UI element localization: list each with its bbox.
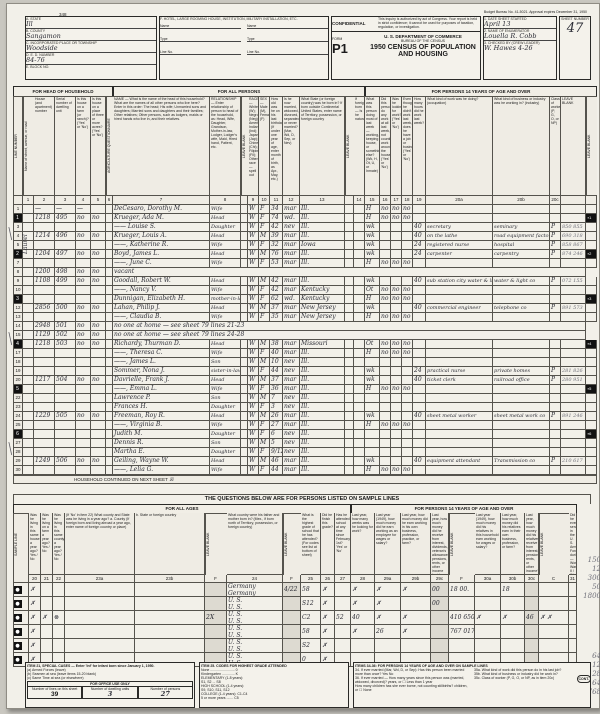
agriculture-cell [106, 286, 113, 295]
sample-pnote [283, 625, 301, 639]
farm-answer: no [76, 232, 91, 241]
edge-cell [586, 232, 597, 241]
sex: F [259, 286, 270, 295]
township-value: Woodside [26, 45, 156, 53]
looking-answer: no [391, 466, 402, 475]
roster-col-header: NAME — What is the name of the head of t… [113, 96, 210, 196]
activity-code: Ot [365, 340, 380, 349]
race: W [248, 394, 259, 403]
sample-wa: ✗ [351, 597, 375, 611]
sample-weeks [335, 625, 351, 639]
sample-col-header: b. State or foreign country [135, 513, 205, 575]
occupation-code: 210 617 [561, 457, 586, 466]
has-job-answer [402, 394, 413, 403]
sample-cc [525, 597, 539, 611]
marital-status: nev [283, 430, 300, 439]
sample-ib [475, 639, 501, 653]
race: W [248, 232, 259, 241]
sample-col-header: Last year, how many weeks was he looking… [351, 513, 375, 575]
edge-cell [586, 403, 597, 412]
birthplace: Ill. [300, 250, 345, 259]
industry: sheet metal work co [493, 412, 550, 421]
person-name: Geiling, Wayne W. [113, 457, 210, 466]
roster-col-number: 4 [76, 196, 91, 205]
roster-col-number: 20a [426, 196, 493, 205]
sample-gm: ✗ [321, 611, 335, 625]
occupation [426, 349, 493, 358]
occupation: commercial engineer [426, 304, 493, 313]
house-number: 1129 [34, 331, 55, 340]
sex: F [259, 205, 270, 214]
sample-ib [475, 625, 501, 639]
house-number: 2948 [34, 322, 55, 331]
street-cell [23, 367, 34, 376]
sample-ib [475, 597, 501, 611]
father-birth-country: U. S. [228, 625, 281, 632]
roster-row: 22Lawrence P.SonWM7nevIll. [13, 394, 597, 403]
roster-col-header: How old was he on his last birthday? (If… [270, 96, 283, 196]
activity-code: wk [365, 457, 380, 466]
leave-blank-cell [241, 385, 248, 394]
roster-col-header: House (and apartment) number [34, 96, 55, 196]
industry: carpentry [493, 250, 550, 259]
occupation-code [561, 394, 586, 403]
sex: F [259, 421, 270, 430]
sample-lb [205, 597, 227, 611]
activity-code: Ot [365, 286, 380, 295]
marital-status: mar [283, 277, 300, 286]
sample-line-stamp: 2 [13, 250, 22, 258]
hours-worked: 40 [413, 304, 426, 313]
agriculture-cell [106, 223, 113, 232]
father-birth-country: U. S. [228, 653, 281, 660]
roster-row: 91108499nonoGoodall, Robert W.HeadWM42ma… [13, 277, 597, 286]
line-number: 28 [13, 448, 23, 457]
serial-number [55, 241, 76, 250]
street-cell [23, 277, 34, 286]
agriculture-cell [106, 439, 113, 448]
has-job-answer [402, 448, 413, 457]
sample-lbinc [431, 625, 449, 639]
class-of-worker [550, 205, 561, 214]
acres-answer [91, 286, 106, 295]
leave-blank-cell [345, 340, 354, 349]
agriculture-cell [106, 277, 113, 286]
looking-answer [391, 376, 402, 385]
sample-group-row: FOR ALL AGESFOR PERSONS 14 YEARS OF AGE … [13, 504, 591, 513]
roster-col-header: Serial number of dwelling unit [55, 96, 76, 196]
edge-cell [586, 286, 597, 295]
sample-ia [449, 639, 475, 653]
line-number: 29 [13, 457, 23, 466]
birthplace: Ill. [300, 376, 345, 385]
marital-status: nev [283, 439, 300, 448]
class-of-worker: P [550, 277, 561, 286]
sample-wc: ✗ [401, 583, 431, 597]
roster-row: 113Dunnigan, Elizabeth H.mother-in-lawWF… [13, 295, 597, 304]
class-of-worker: P [550, 232, 561, 241]
has-job-answer: no [402, 295, 413, 304]
farm-answer [76, 439, 91, 448]
has-job-answer [402, 241, 413, 250]
roster-col-number: 16 [380, 196, 391, 205]
leave-blank-cell [241, 250, 248, 259]
hours-worked [413, 448, 426, 457]
father-birth-country: U. S. [228, 597, 281, 604]
marital-status: mar [283, 241, 300, 250]
house-number: 1217 [34, 376, 55, 385]
mother-birth-country: U. S. [228, 646, 281, 653]
relationship: Son [210, 394, 241, 403]
acres-answer [91, 205, 106, 214]
leave-blank-cell [345, 430, 354, 439]
occupation-code [561, 403, 586, 412]
sample-vet [539, 597, 569, 611]
relationship: Wife [210, 286, 241, 295]
sample-m3 [53, 625, 65, 639]
bureau-name: BUREAU OF THE CENSUS [366, 39, 480, 43]
sample-grade: S2 [301, 639, 321, 653]
sample-col-number: 28 [351, 575, 375, 583]
marital-status: mar [283, 385, 300, 394]
house-number [34, 421, 55, 430]
class-of-worker [550, 385, 561, 394]
birthplace: Kentucky [300, 286, 345, 295]
sample-col-header: Last year, how much money did his relati… [525, 513, 539, 575]
sex: M [259, 304, 270, 313]
marital-status: wd. [283, 214, 300, 223]
question-34: 34. If ever married (Mar, Wd, D, or Sep)… [355, 668, 470, 676]
hours-worked [413, 421, 426, 430]
age: 76 [270, 250, 283, 259]
leave-blank-cell [241, 358, 248, 367]
roster-table: FOR HEAD OF HOUSEHOLDFOR ALL PERSONSFOR … [13, 86, 597, 484]
person-name: ——, Katherine R. [113, 241, 210, 250]
occupation-code [561, 358, 586, 367]
naturalized-cell [354, 241, 365, 250]
roster-col-header: Did this person do any work at all last … [380, 96, 391, 196]
has-job-answer: no [402, 421, 413, 430]
person-name: Sommer, Nona J. [113, 367, 210, 376]
roster-header-row: LINE NUMBERName of street, avenue, or ro… [13, 96, 597, 196]
race: W [248, 205, 259, 214]
house-number: 1218 [34, 340, 55, 349]
hours-worked [413, 205, 426, 214]
house-number [34, 448, 55, 457]
roster-col-header: LEAVE BLANK [586, 96, 597, 196]
line-number: 164 [13, 340, 23, 349]
has-job-answer: no [402, 214, 413, 223]
class-of-worker: P [550, 241, 561, 250]
roster-row: 17——, Theresa C.WifeWF40marIll.Hnonono [13, 349, 597, 358]
sex: M [259, 457, 270, 466]
occupation-code: 891 246 [561, 412, 586, 421]
birthplace: Kentucky [300, 295, 345, 304]
occupation [426, 358, 493, 367]
activity-code: wk [365, 241, 380, 250]
sex: F [259, 385, 270, 394]
race: W [248, 304, 259, 313]
row-note: no one at home — see sheet 79 lines 21-2… [113, 322, 586, 331]
birthplace: Ill. [300, 439, 345, 448]
line-number: 1 [13, 205, 23, 214]
relationship: Son [210, 439, 241, 448]
roster-row: 28Martha E.DaughterWF9/12nevIll. [13, 448, 597, 457]
looking-answer [391, 223, 402, 232]
serial-number [55, 286, 76, 295]
agriculture-cell [106, 241, 113, 250]
sample-row: 1●✗✗⊗2XU. S.U. S.C2✗5240✗✗410 650.✗✗46✗ … [13, 611, 591, 625]
roster-col-number [586, 196, 597, 205]
class-of-worker [550, 313, 561, 322]
type-field-label-1: Type [160, 37, 241, 42]
acres-answer [91, 439, 106, 448]
industry [493, 205, 550, 214]
naturalized-cell [354, 439, 365, 448]
roster-row: 211218495nonoKrueger, Ada M.HeadWF74wd.I… [13, 214, 597, 223]
sample-m3 [53, 639, 65, 653]
sex: F [259, 223, 270, 232]
roster-col-number [561, 196, 586, 205]
acres-answer [91, 349, 106, 358]
date-started-value: April 13 [484, 21, 556, 29]
age: 32 [270, 241, 283, 250]
roster-row: 13——, Claudia B.WifeWF35marNew JerseyHno… [13, 313, 597, 322]
sample-gm: ✗ [321, 583, 335, 597]
sample-edge [569, 639, 577, 653]
looking-answer [391, 358, 402, 367]
looking-answer: no [391, 340, 402, 349]
sample-county [65, 625, 135, 639]
sample-lb: 2X [205, 611, 227, 625]
sample-county [65, 583, 135, 597]
sample-state [135, 611, 205, 625]
activity-code: wk [365, 250, 380, 259]
leave-blank-cell [241, 232, 248, 241]
house-number: 1249 [34, 457, 55, 466]
person-name: Richardy, Thurman D. [113, 340, 210, 349]
sample-cc: 46 [525, 611, 539, 625]
worked-answer [380, 448, 391, 457]
marital-status: mar [283, 232, 300, 241]
house-number [34, 349, 55, 358]
has-job-answer [402, 304, 413, 313]
sample-grade: C2 [301, 611, 321, 625]
serial-number: 506 [55, 457, 76, 466]
sample-col-header: LEAVE BLANK [449, 513, 475, 575]
has-job-answer [402, 457, 413, 466]
industry [493, 421, 550, 430]
serial-number [55, 358, 76, 367]
race: W [248, 421, 259, 430]
street-cell [23, 412, 34, 421]
leave-blank-cell [345, 412, 354, 421]
class-of-worker [550, 349, 561, 358]
worked-answer [380, 412, 391, 421]
sample-lb [205, 639, 227, 653]
looking-answer [391, 250, 402, 259]
house-number [34, 439, 55, 448]
roster-row: 7——, June C.WifeWF53marIll.Hnonono [13, 259, 597, 268]
sample-ib: ✗ [475, 611, 501, 625]
serial-number: 505 [55, 412, 76, 421]
age: 46 [270, 457, 283, 466]
naturalized-cell [354, 304, 365, 313]
special-cases-box: ITEM 21, SPECIAL CASES — Enter 'Inf' for… [25, 662, 195, 708]
birthplace: Ill. [300, 448, 345, 457]
sex: F [259, 430, 270, 439]
leave-blank-cell [241, 277, 248, 286]
sample-col-number: F [283, 575, 301, 583]
leave-blank-cell [345, 385, 354, 394]
activity-code: H [365, 205, 380, 214]
grade-codes-lines: None ......................... 0Kinderga… [201, 668, 347, 700]
leave-blank-cell [345, 295, 354, 304]
has-job-answer: no [402, 466, 413, 475]
leave-blank-cell [241, 457, 248, 466]
has-job-answer [402, 412, 413, 421]
occupation: on the lathe [426, 232, 493, 241]
serial-number [55, 349, 76, 358]
sample-lbinc [431, 611, 449, 625]
age: 44 [270, 367, 283, 376]
institution-title: F. HOTEL, LARGE ROOMING HOUSE, INSTITUTI… [160, 17, 328, 21]
roster-number-row: 1234567891011121314151617181920a20b20c [13, 196, 597, 205]
sample-grade: 58 [301, 583, 321, 597]
serial-number: 500 [55, 304, 76, 313]
occupation [426, 403, 493, 412]
agriculture-cell [106, 448, 113, 457]
looking-answer [391, 241, 402, 250]
house-number: 1229 [34, 412, 55, 421]
race: W [248, 376, 259, 385]
sample-wc [401, 639, 431, 653]
naturalized-cell [354, 412, 365, 421]
sample-parents: U. S.U. S. [227, 611, 283, 625]
serial-number: 495 [55, 214, 76, 223]
sex: M [259, 340, 270, 349]
marital-status: mar [283, 259, 300, 268]
naturalized-cell [354, 466, 365, 475]
birthplace: Ill. [300, 367, 345, 376]
race: W [248, 367, 259, 376]
farm-answer: no [76, 376, 91, 385]
sample-ia [449, 597, 475, 611]
worked-answer [380, 439, 391, 448]
house-number: 1214 [34, 232, 55, 241]
race: W [248, 214, 259, 223]
edge-cell: ▪1 [586, 214, 597, 223]
hours-worked [413, 394, 426, 403]
birthplace: Ill. [300, 223, 345, 232]
worked-answer: no [380, 286, 391, 295]
relationship: Wife [210, 259, 241, 268]
roster-col-number: 7 [113, 196, 210, 205]
occupation [426, 439, 493, 448]
sample-row-stamp: ● [13, 586, 22, 594]
naturalized-cell [354, 295, 365, 304]
occupation-code: 858 867 [561, 241, 586, 250]
leave-blank-cell [345, 304, 354, 313]
activity-code: wk [365, 304, 380, 313]
sample-questions-box: ITEMS 34-36: FOR PERSONS 14 YEARS OF AGE… [353, 662, 591, 708]
line-number: 27 [13, 439, 23, 448]
birthplace: Ill. [300, 232, 345, 241]
race: W [248, 457, 259, 466]
industry [493, 430, 550, 439]
has-job-answer: no [402, 205, 413, 214]
sample-lbinc: 00 [431, 597, 449, 611]
industry [493, 385, 550, 394]
line-number: 18 [13, 358, 23, 367]
agriculture-cell [106, 376, 113, 385]
race: W [248, 295, 259, 304]
question-36b: How many children has she ever borne, no… [355, 684, 470, 692]
street-cell [23, 340, 34, 349]
street-cell [23, 331, 34, 340]
acres-answer: no [91, 331, 106, 340]
sample-col-header: Last year, how much money did he receive… [431, 513, 449, 575]
acres-answer [91, 385, 106, 394]
serial-number [55, 403, 76, 412]
relationship: Head [210, 250, 241, 259]
street-cell [23, 304, 34, 313]
hours-worked [413, 295, 426, 304]
occupation-code [561, 313, 586, 322]
agriculture-cell [106, 430, 113, 439]
serial-number [55, 385, 76, 394]
sex: M [259, 412, 270, 421]
serial-number: 504 [55, 376, 76, 385]
farm-answer [76, 394, 91, 403]
leave-blank-cell [345, 394, 354, 403]
sample-row-stamp: ● [13, 614, 22, 622]
line-number: 24 [13, 412, 23, 421]
sample-m2 [41, 639, 53, 653]
house-number [34, 367, 55, 376]
relationship: Daughter [210, 403, 241, 412]
relationship: Wife [210, 205, 241, 214]
leave-blank-cell [345, 223, 354, 232]
form-number: P1 [332, 41, 366, 56]
agriculture-cell [106, 331, 113, 340]
class-of-worker [550, 340, 561, 349]
street-cell [23, 313, 34, 322]
sample-line-stamp-right: ▪6 [586, 430, 596, 438]
leave-blank-cell [241, 448, 248, 457]
class-of-worker [550, 295, 561, 304]
worked-answer: no [380, 385, 391, 394]
relationship: Daughter [210, 448, 241, 457]
race: W [248, 223, 259, 232]
acres-answer: no [91, 250, 106, 259]
sample-wa: ✗ [351, 625, 375, 639]
edge-cell [586, 223, 597, 232]
agriculture-cell [106, 214, 113, 223]
pencil-note: 12 [573, 565, 600, 574]
office-cell-value: 39 [28, 691, 81, 698]
question-36: 36. If ever married — How many years sin… [355, 676, 470, 684]
leave-blank-cell [345, 349, 354, 358]
sex: F [259, 313, 270, 322]
house-number [34, 259, 55, 268]
roster-col-header: RACE — White (W); Negro (Neg); American … [248, 96, 259, 196]
house-number [34, 295, 55, 304]
leave-blank-cell [241, 259, 248, 268]
looking-answer: no [391, 205, 402, 214]
has-job-answer [402, 430, 413, 439]
roster-col-number: 3 [55, 196, 76, 205]
